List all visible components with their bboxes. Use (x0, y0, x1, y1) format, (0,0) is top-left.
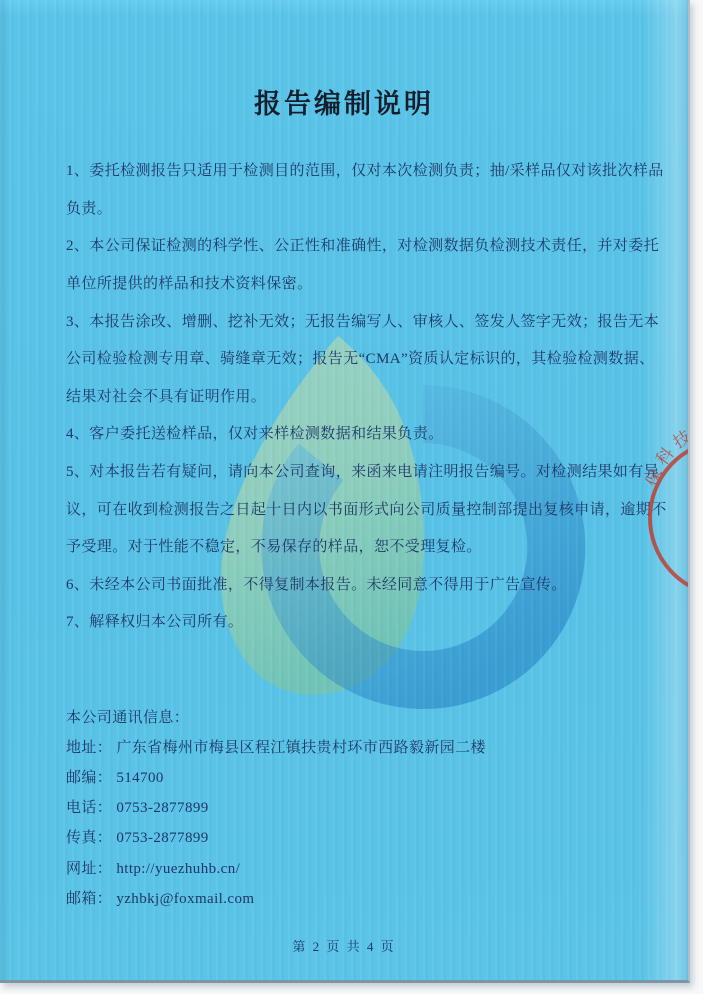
stamp-star-icon (681, 467, 690, 552)
note-line: 2、本公司保证检测的科学性、公正性和准确性，对检测数据负检测技术责任，并对委托 (66, 226, 648, 264)
note-line: 负责。 (66, 189, 648, 227)
note-line: 5、对本报告若有疑问，请向本公司查询，来函来电请注明报告编号。对检测结果如有异 (66, 452, 648, 490)
contact-email: 邮箱： yzhbkj@foxmail.com (66, 882, 626, 912)
note-line: 议，可在收到检测报告之日起十日内以书面形式向公司质量控制部提出复核申请，逾期不 (66, 489, 648, 527)
contact-website: 网址： http://yuezhuhb.cn/ (66, 852, 626, 882)
contact-section: 本公司通讯信息： 地址： 广东省梅州市梅县区程江镇扶贵村环市西路毅新园二楼 邮编… (66, 701, 626, 912)
contact-fax: 传真： 0753-2877899 (66, 822, 626, 852)
note-line: 单位所提供的样品和技术资料保密。 (66, 264, 648, 302)
page-number: 第 2 页 共 4 页 (0, 936, 688, 955)
note-line: 1、委托检测报告只适用于检测目的范围，仅对本次检测负责；抽/采样品仅对该批次样品 (66, 151, 648, 189)
note-line: 3、本报告涂改、增删、挖补无效；无报告编写人、审核人、签发人签字无效；报告无本 (66, 301, 648, 339)
page-curl-highlight (642, 0, 688, 980)
left-edge-shade (0, 0, 10, 980)
contact-phone: 电话： 0753-2877899 (66, 792, 626, 822)
note-line: 6、未经本公司书面批准，不得复制本报告。未经同意不得用于广告宣传。 (66, 565, 648, 603)
page-title: 报告编制说明 (0, 82, 688, 121)
report-page: 报告编制说明 1、委托检测报告只适用于检测目的范围，仅对本次检测负责；抽/采样品… (0, 0, 690, 983)
note-line: 4、客户委托送检样品，仅对来样检测数据和结果负责。 (66, 414, 648, 452)
note-line: 结果对社会不具有证明作用。 (66, 377, 648, 415)
note-line: 公司检验检测专用章、骑缝章无效；报告无“CMA”资质认定标识的，其检验检测数据、 (66, 339, 648, 377)
note-line: 予受理。对于性能不稳定，不易保存的样品，恕不受理复检。 (66, 527, 648, 565)
note-line: 7、解释权归本公司所有。 (66, 602, 648, 640)
contact-heading: 本公司通讯信息： (66, 701, 626, 731)
notes-section: 1、委托检测报告只适用于检测目的范围，仅对本次检测负责；抽/采样品仅对该批次样品… (66, 151, 648, 640)
contact-postcode: 邮编： 514700 (66, 761, 626, 791)
contact-address: 地址： 广东省梅州市梅县区程江镇扶贵村环市西路毅新园二楼 (66, 731, 626, 761)
